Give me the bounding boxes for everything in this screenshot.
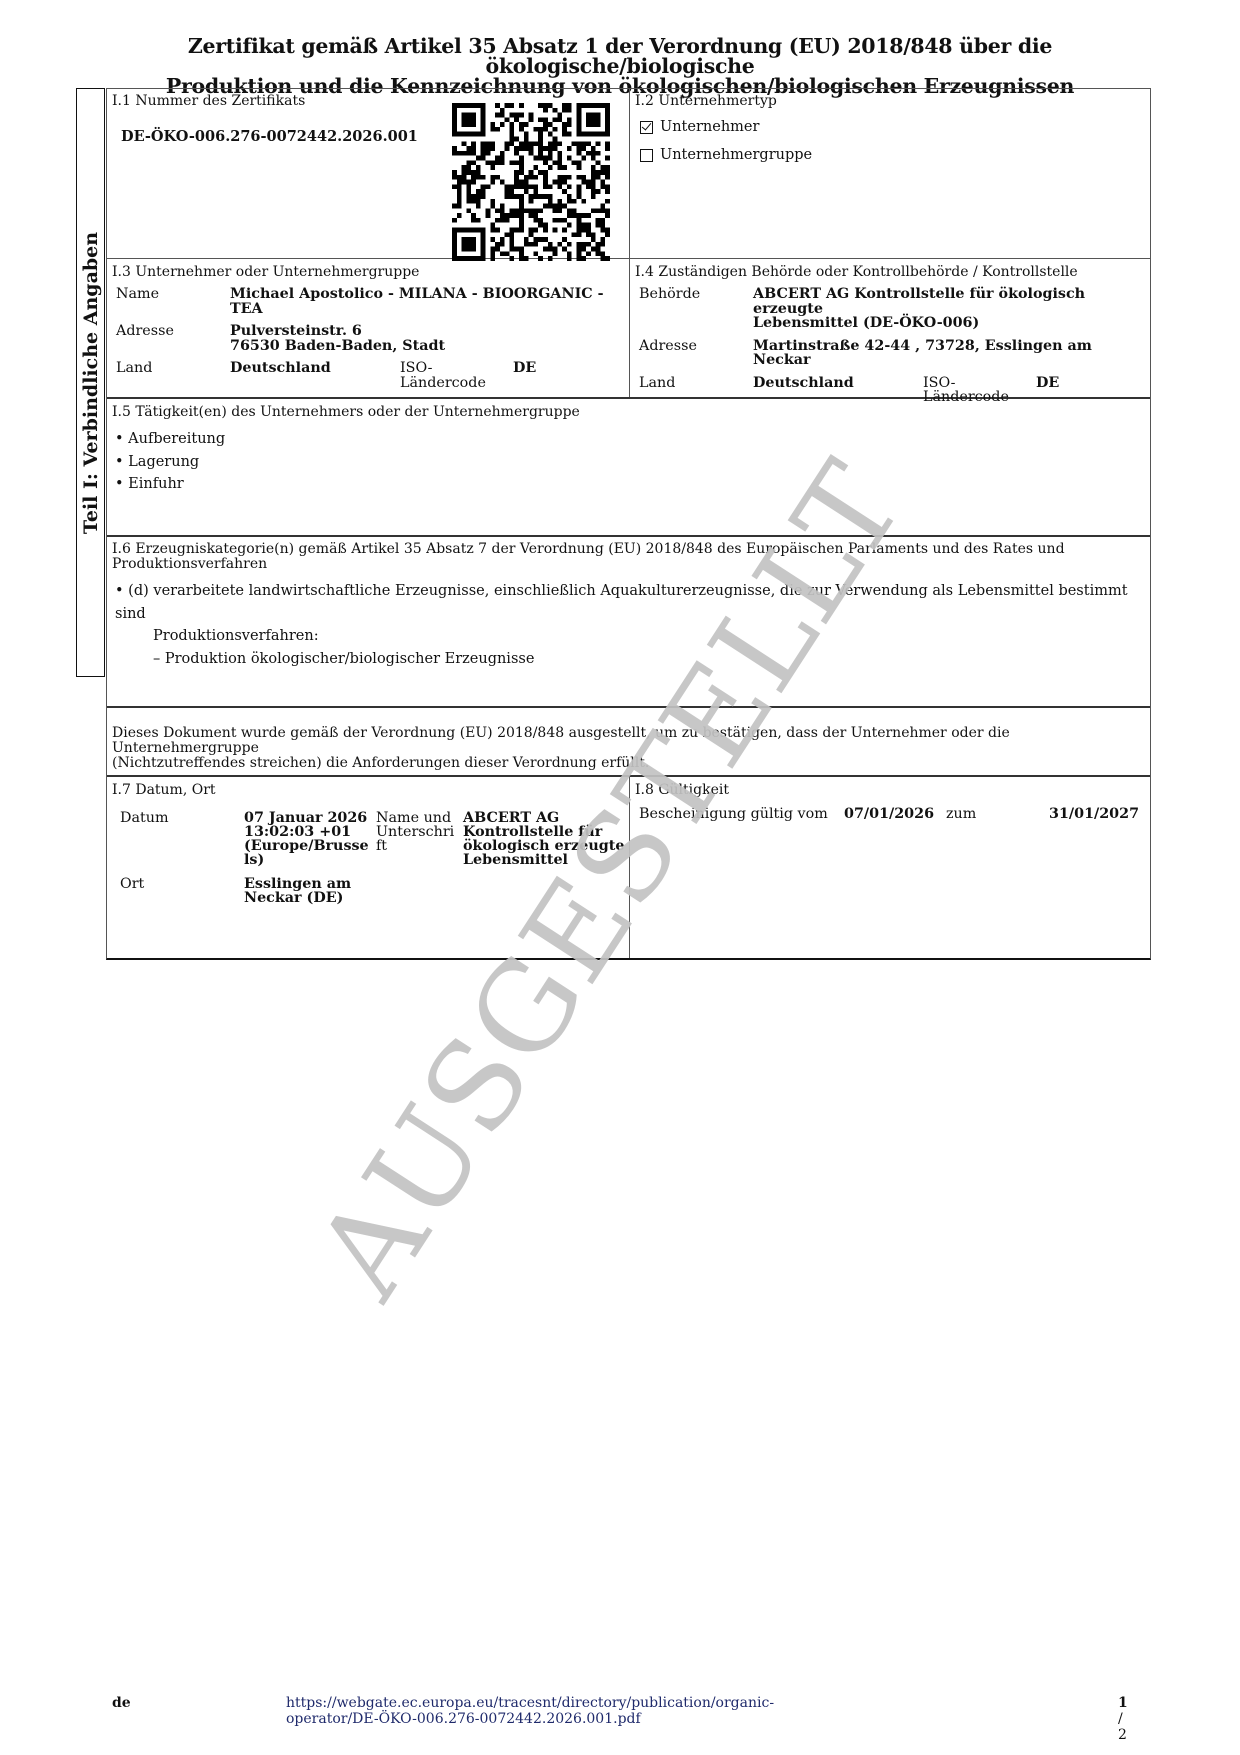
place-label: Ort bbox=[120, 877, 244, 905]
production-method-value: – Produktion ökologischer/biologischer E… bbox=[153, 648, 1150, 671]
authority-address-label: Adresse bbox=[639, 339, 753, 368]
section-1-1: I.1 Nummer des Zertifikats DE-ÖKO-006.27… bbox=[107, 89, 630, 258]
section-1-7: I.7 Datum, Ort Datum 07 Januar 2026 13:0… bbox=[107, 777, 630, 958]
certificate-table: I.1 Nummer des Zertifikats DE-ÖKO-006.27… bbox=[106, 88, 1151, 960]
date-line: 07 Januar 2026 bbox=[244, 811, 376, 825]
option-unternehmer-label: Unternehmer bbox=[660, 119, 759, 135]
valid-to-date: 31/01/2027 bbox=[1049, 807, 1150, 822]
activity-item: Einfuhr bbox=[115, 473, 1150, 496]
activity-item: Lagerung bbox=[115, 451, 1150, 474]
section-1-2: I.2 Unternehmertyp Unternehmer Unternehm… bbox=[630, 89, 1150, 258]
checkbox-unchecked-icon bbox=[640, 149, 653, 162]
signature-value: ABCERT AG Kontrollstelle für ökologisch … bbox=[463, 811, 629, 867]
signature-label: Name und Unterschri ft bbox=[376, 811, 463, 867]
section-1-8: I.8 Gültigkeit Bescheinigung gültig vom … bbox=[630, 777, 1150, 958]
row-operator-authority: I.3 Unternehmer oder Unternehmergruppe N… bbox=[107, 259, 1150, 399]
row-activities: I.5 Tätigkeit(en) des Unternehmers oder … bbox=[107, 399, 1150, 537]
row-certificate-number: I.1 Nummer des Zertifikats DE-ÖKO-006.27… bbox=[107, 89, 1150, 259]
place-value: Esslingen am Neckar (DE) bbox=[244, 877, 629, 905]
statement: Dieses Dokument wurde gemäß der Verordnu… bbox=[107, 708, 1150, 775]
section-1-5-header: I.5 Tätigkeit(en) des Unternehmers oder … bbox=[107, 399, 1150, 420]
operator-address-label: Adresse bbox=[116, 324, 230, 353]
date-label: Datum bbox=[120, 811, 244, 867]
section-1-4-header: I.4 Zuständigen Behörde oder Kontrollbeh… bbox=[630, 259, 1150, 280]
section-1-6-header: I.6 Erzeugniskategorie(n) gemäß Artikel … bbox=[107, 537, 1150, 572]
row-statement: Dieses Dokument wurde gemäß der Verordnu… bbox=[107, 708, 1150, 777]
section-1-8-header: I.8 Gültigkeit bbox=[630, 777, 1150, 798]
document-title: Zertifikat gemäß Artikel 35 Absatz 1 der… bbox=[60, 36, 1180, 96]
valid-to-label: zum bbox=[946, 807, 1049, 822]
categories-list: (d) verarbeitete landwirtschaftliche Erz… bbox=[115, 580, 1150, 625]
operator-address: Pulversteinstr. 6 76530 Baden-Baden, Sta… bbox=[230, 324, 629, 353]
operator-name-label: Name bbox=[116, 287, 230, 316]
operator-country-label: Land bbox=[116, 361, 230, 390]
title-line-1: Zertifikat gemäß Artikel 35 Absatz 1 der… bbox=[60, 36, 1180, 76]
category-item: (d) verarbeitete landwirtschaftliche Erz… bbox=[115, 580, 1150, 625]
checkbox-checked-icon bbox=[640, 121, 653, 134]
section-1-2-header: I.2 Unternehmertyp bbox=[630, 89, 1150, 109]
place-line: Neckar (DE) bbox=[244, 891, 629, 905]
operator-iso-label-2: Ländercode bbox=[400, 376, 513, 391]
row-product-categories: I.6 Erzeugniskategorie(n) gemäß Artikel … bbox=[107, 537, 1150, 708]
part-label: Teil I: Verbindliche Angaben bbox=[80, 231, 102, 533]
row-date-validity: I.7 Datum, Ort Datum 07 Januar 2026 13:0… bbox=[107, 777, 1150, 958]
page-current: 1 bbox=[1118, 1695, 1128, 1711]
place-line: Esslingen am bbox=[244, 877, 629, 891]
date-line: 13:02:03 +01 bbox=[244, 825, 376, 839]
authority-iso-label-1: ISO- bbox=[923, 376, 1036, 391]
section-1-3: I.3 Unternehmer oder Unternehmergruppe N… bbox=[107, 259, 630, 397]
signature-line: Lebensmittel bbox=[463, 853, 629, 867]
date-line: ls) bbox=[244, 853, 376, 867]
option-unternehmergruppe-label: Unternehmergruppe bbox=[660, 147, 812, 163]
part-label-box: Teil I: Verbindliche Angaben bbox=[76, 88, 105, 677]
signature-line: ABCERT AG bbox=[463, 811, 629, 825]
authority-label: Behörde bbox=[639, 287, 753, 331]
activity-item: Aufbereitung bbox=[115, 428, 1150, 451]
statement-text: Dieses Dokument wurde gemäß der Verordnu… bbox=[107, 708, 1150, 771]
page-separator: / bbox=[1118, 1711, 1123, 1727]
page-total: 2 bbox=[1118, 1727, 1127, 1743]
signature-line: Kontrollstelle für bbox=[463, 825, 629, 839]
operator-iso-code: DE bbox=[513, 361, 629, 390]
authority-name-line-1: ABCERT AG Kontrollstelle für ökologisch … bbox=[753, 287, 1150, 316]
certificate-number: DE-ÖKO-006.276-0072442.2026.001 bbox=[121, 128, 418, 145]
date-line: (Europe/Brusse bbox=[244, 839, 376, 853]
section-1-4: I.4 Zuständigen Behörde oder Kontrollbeh… bbox=[630, 259, 1150, 397]
operator-name: Michael Apostolico - MILANA - BIOORGANIC… bbox=[230, 287, 629, 316]
operator-iso-label-1: ISO- bbox=[400, 361, 513, 376]
section-1-5: I.5 Tätigkeit(en) des Unternehmers oder … bbox=[107, 399, 1150, 535]
activities-list: Aufbereitung Lagerung Einfuhr bbox=[115, 428, 1150, 496]
footer-url-link[interactable]: https://webgate.ec.europa.eu/tracesnt/di… bbox=[286, 1695, 774, 1727]
operator-iso-label: ISO- Ländercode bbox=[400, 361, 513, 390]
statement-line-2: (Nichtzutreffendes streichen) die Anford… bbox=[112, 756, 1150, 771]
section-1-6-header-line-2: Produktionsverfahren bbox=[112, 557, 1150, 572]
operator-address-line-2: 76530 Baden-Baden, Stadt bbox=[230, 339, 629, 354]
section-1-3-header: I.3 Unternehmer oder Unternehmergruppe bbox=[107, 259, 629, 280]
option-unternehmer: Unternehmer bbox=[640, 113, 1150, 141]
signature-label-line: ft bbox=[376, 839, 463, 853]
signature-line: ökologisch erzeugte bbox=[463, 839, 629, 853]
statement-line-1: Dieses Dokument wurde gemäß der Verordnu… bbox=[112, 726, 1150, 756]
valid-from-date: 07/01/2026 bbox=[844, 807, 946, 822]
authority-name: ABCERT AG Kontrollstelle für ökologisch … bbox=[753, 287, 1150, 331]
signature-label-line: Unterschri bbox=[376, 825, 463, 839]
section-1-6-header-line-1: I.6 Erzeugniskategorie(n) gemäß Artikel … bbox=[112, 542, 1150, 557]
date-value: 07 Januar 2026 13:02:03 +01 (Europe/Brus… bbox=[244, 811, 376, 867]
option-unternehmergruppe: Unternehmergruppe bbox=[640, 141, 1150, 169]
section-1-7-header: I.7 Datum, Ort bbox=[107, 777, 629, 798]
operator-address-line-1: Pulversteinstr. 6 bbox=[230, 324, 629, 339]
authority-address: Martinstraße 42-44 , 73728, Esslingen am… bbox=[753, 339, 1150, 368]
signature-label-line: Name und bbox=[376, 811, 463, 825]
qr-code-icon bbox=[452, 103, 610, 261]
authority-name-line-2: Lebensmittel (DE-ÖKO-006) bbox=[753, 316, 1150, 331]
production-method-label: Produktionsverfahren: bbox=[153, 625, 1150, 648]
operator-country: Deutschland bbox=[230, 361, 400, 390]
page-indicator: 1 / 2 bbox=[1118, 1695, 1128, 1743]
footer-language: de bbox=[112, 1695, 131, 1711]
section-1-6: I.6 Erzeugniskategorie(n) gemäß Artikel … bbox=[107, 537, 1150, 706]
valid-from-label: Bescheinigung gültig vom bbox=[639, 807, 844, 822]
